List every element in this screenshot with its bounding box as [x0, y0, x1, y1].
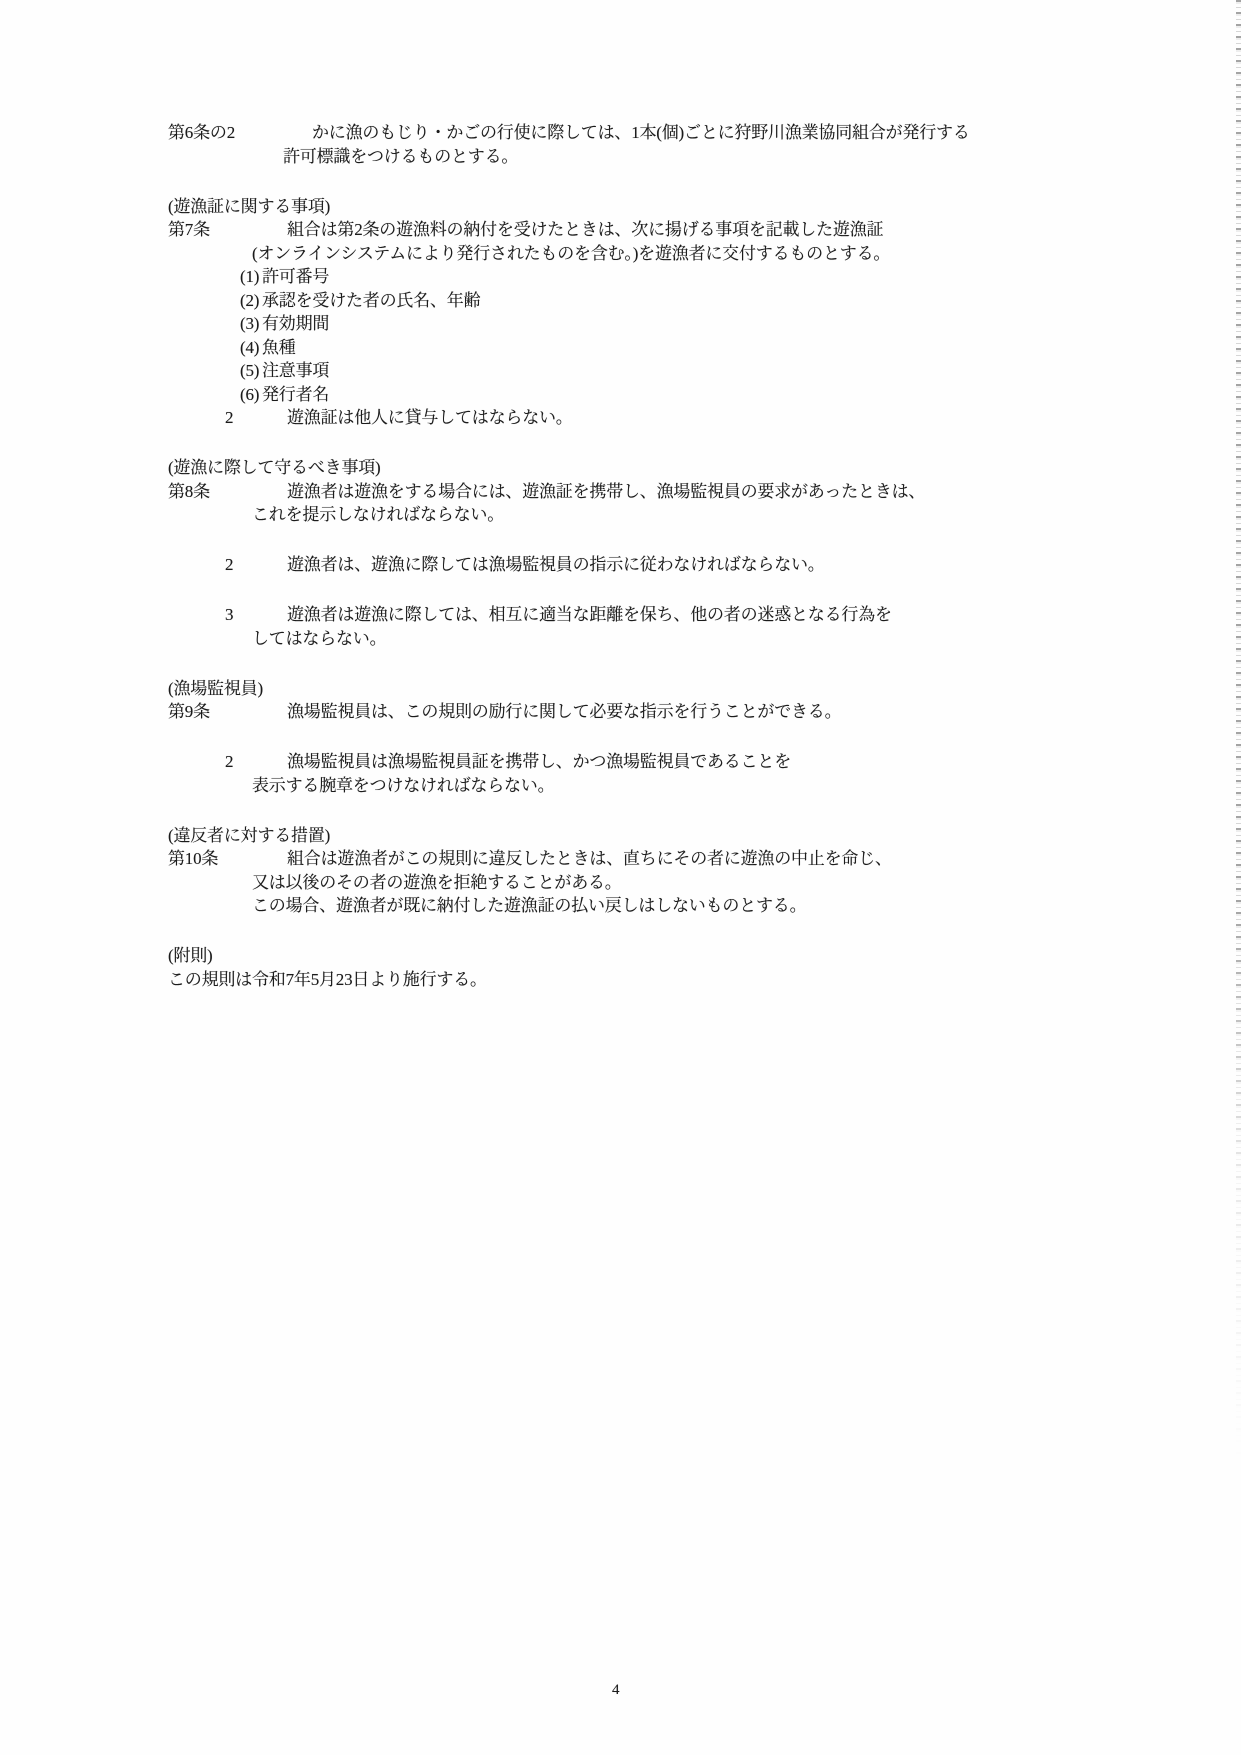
section-heading-text: (違反者に対する措置)	[168, 824, 330, 848]
clause-text: (オンラインシステムにより発行されたものを含む。)を遊漁者に交付するものとする。	[252, 242, 890, 266]
article-number-label: 第8条	[168, 480, 287, 504]
clause-row-continuation: この場合、遊漁者が既に納付した遊漁証の払い戻しはしないものとする。	[168, 894, 1128, 918]
clause-text: 漁場監視員は漁場監視員証を携帯し、かつ漁場監視員であることを	[287, 750, 791, 774]
item-text: 許可番号	[262, 265, 329, 289]
clause-row-continuation: (オンラインシステムにより発行されたものを含む。)を遊漁者に交付するものとする。	[168, 242, 1128, 266]
clause-text: 遊漁者は遊漁をする場合には、遊漁証を携帯し、漁場監視員の要求があったときは、	[287, 480, 925, 504]
clause-row-article-9: 第9条 漁場監視員は、この規則の励行に関して必要な指示を行うことができる。	[168, 700, 1128, 724]
paragraph-number: 2	[168, 406, 287, 430]
document-body: 第6条の2 かに漁のもじり・かごの行使に際しては、1本(個)ごとに狩野川漁業協同…	[168, 121, 1128, 991]
article-number-label: 第10条	[168, 847, 287, 871]
clause-text: 又は以後のその者の遊漁を拒絶することがある。	[252, 871, 622, 895]
article-number-label: 第7条	[168, 218, 287, 242]
page-number: 4	[612, 1682, 620, 1699]
section-heading: (違反者に対する措置)	[168, 824, 1128, 848]
clause-text: この場合、遊漁者が既に納付した遊漁証の払い戻しはしないものとする。	[252, 894, 806, 918]
item-marker: (6)	[240, 383, 262, 407]
item-marker: (2)	[240, 289, 262, 313]
section-heading-text: (遊漁証に関する事項)	[168, 195, 330, 219]
section-heading-text: (遊漁に際して守るべき事項)	[168, 456, 381, 480]
paragraph-row: 2 遊漁証は他人に貸与してはならない。	[168, 406, 1128, 430]
section-heading: (遊漁に際して守るべき事項)	[168, 456, 1128, 480]
item-marker: (1)	[240, 265, 262, 289]
scanned-page: 第6条の2 かに漁のもじり・かごの行使に際しては、1本(個)ごとに狩野川漁業協同…	[0, 0, 1241, 1755]
clause-text: してはならない。	[252, 627, 386, 651]
list-item: (6) 発行者名	[168, 383, 1128, 407]
clause-row-continuation: これを提示しなければならない。	[168, 503, 1128, 527]
section-heading-text: (漁場監視員)	[168, 677, 263, 701]
clause-text: 遊漁証は他人に貸与してはならない。	[287, 406, 573, 430]
item-text: 発行者名	[262, 383, 329, 407]
clause-row-continuation: してはならない。	[168, 627, 1128, 651]
clause-text: かに漁のもじり・かごの行使に際しては、1本(個)ごとに狩野川漁業協同組合が発行す…	[312, 121, 970, 145]
item-text: 魚種	[262, 336, 296, 360]
list-item: (4) 魚種	[168, 336, 1128, 360]
clause-text: 漁場監視員は、この規則の励行に関して必要な指示を行うことができる。	[287, 700, 841, 724]
clause-row-continuation: 表示する腕章をつけなければならない。	[168, 774, 1128, 798]
clause-text: 遊漁者は、遊漁に際しては漁場監視員の指示に従わなければならない。	[287, 553, 825, 577]
clause-text: 表示する腕章をつけなければならない。	[252, 774, 554, 798]
item-text: 注意事項	[262, 359, 329, 383]
section-heading: (漁場監視員)	[168, 677, 1128, 701]
paragraph-number: 2	[168, 750, 287, 774]
item-marker: (5)	[240, 359, 262, 383]
list-item: (2) 承認を受けた者の氏名、年齢	[168, 289, 1128, 313]
clause-text: 遊漁者は遊漁に際しては、相互に適当な距離を保ち、他の者の迷惑となる行為を	[287, 603, 892, 627]
article-number-label: 第9条	[168, 700, 287, 724]
list-item: (1) 許可番号	[168, 265, 1128, 289]
item-text: 有効期間	[262, 312, 329, 336]
clause-row-continuation: 許可標識をつけるものとする。	[168, 145, 1128, 169]
supplementary-provision: この規則は令和7年5月23日より施行する。	[168, 968, 1128, 992]
section-heading: (遊漁証に関する事項)	[168, 195, 1128, 219]
paragraph-number: 2	[168, 553, 287, 577]
item-marker: (3)	[240, 312, 262, 336]
article-number-label: 第6条の2	[168, 121, 312, 145]
clause-text: 組合は遊漁者がこの規則に違反したときは、直ちにその者に遊漁の中止を命じ、	[287, 847, 892, 871]
clause-row-article-7: 第7条 組合は第2条の遊漁料の納付を受けたときは、次に揚げる事項を記載した遊漁証	[168, 218, 1128, 242]
clause-text: これを提示しなければならない。	[252, 503, 504, 527]
item-text: 承認を受けた者の氏名、年齢	[262, 289, 480, 313]
clause-text: 組合は第2条の遊漁料の納付を受けたときは、次に揚げる事項を記載した遊漁証	[287, 218, 883, 242]
paragraph-row: 2 漁場監視員は漁場監視員証を携帯し、かつ漁場監視員であることを	[168, 750, 1128, 774]
clause-row-article-8: 第8条 遊漁者は遊漁をする場合には、遊漁証を携帯し、漁場監視員の要求があったとき…	[168, 480, 1128, 504]
clause-text: この規則は令和7年5月23日より施行する。	[168, 968, 487, 992]
section-heading-supplementary: (附則)	[168, 944, 1128, 968]
item-marker: (4)	[240, 336, 262, 360]
clause-text: 許可標識をつけるものとする。	[283, 145, 518, 169]
clause-row-article-6-2: 第6条の2 かに漁のもじり・かごの行使に際しては、1本(個)ごとに狩野川漁業協同…	[168, 121, 1128, 145]
paragraph-number: 3	[168, 603, 287, 627]
paragraph-row: 3 遊漁者は遊漁に際しては、相互に適当な距離を保ち、他の者の迷惑となる行為を	[168, 603, 1128, 627]
list-item: (5) 注意事項	[168, 359, 1128, 383]
paragraph-row: 2 遊漁者は、遊漁に際しては漁場監視員の指示に従わなければならない。	[168, 553, 1128, 577]
section-heading-text: (附則)	[168, 944, 213, 968]
scan-edge-artifact	[1236, 0, 1241, 1460]
clause-row-continuation: 又は以後のその者の遊漁を拒絶することがある。	[168, 871, 1128, 895]
clause-row-article-10: 第10条 組合は遊漁者がこの規則に違反したときは、直ちにその者に遊漁の中止を命じ…	[168, 847, 1128, 871]
list-item: (3) 有効期間	[168, 312, 1128, 336]
